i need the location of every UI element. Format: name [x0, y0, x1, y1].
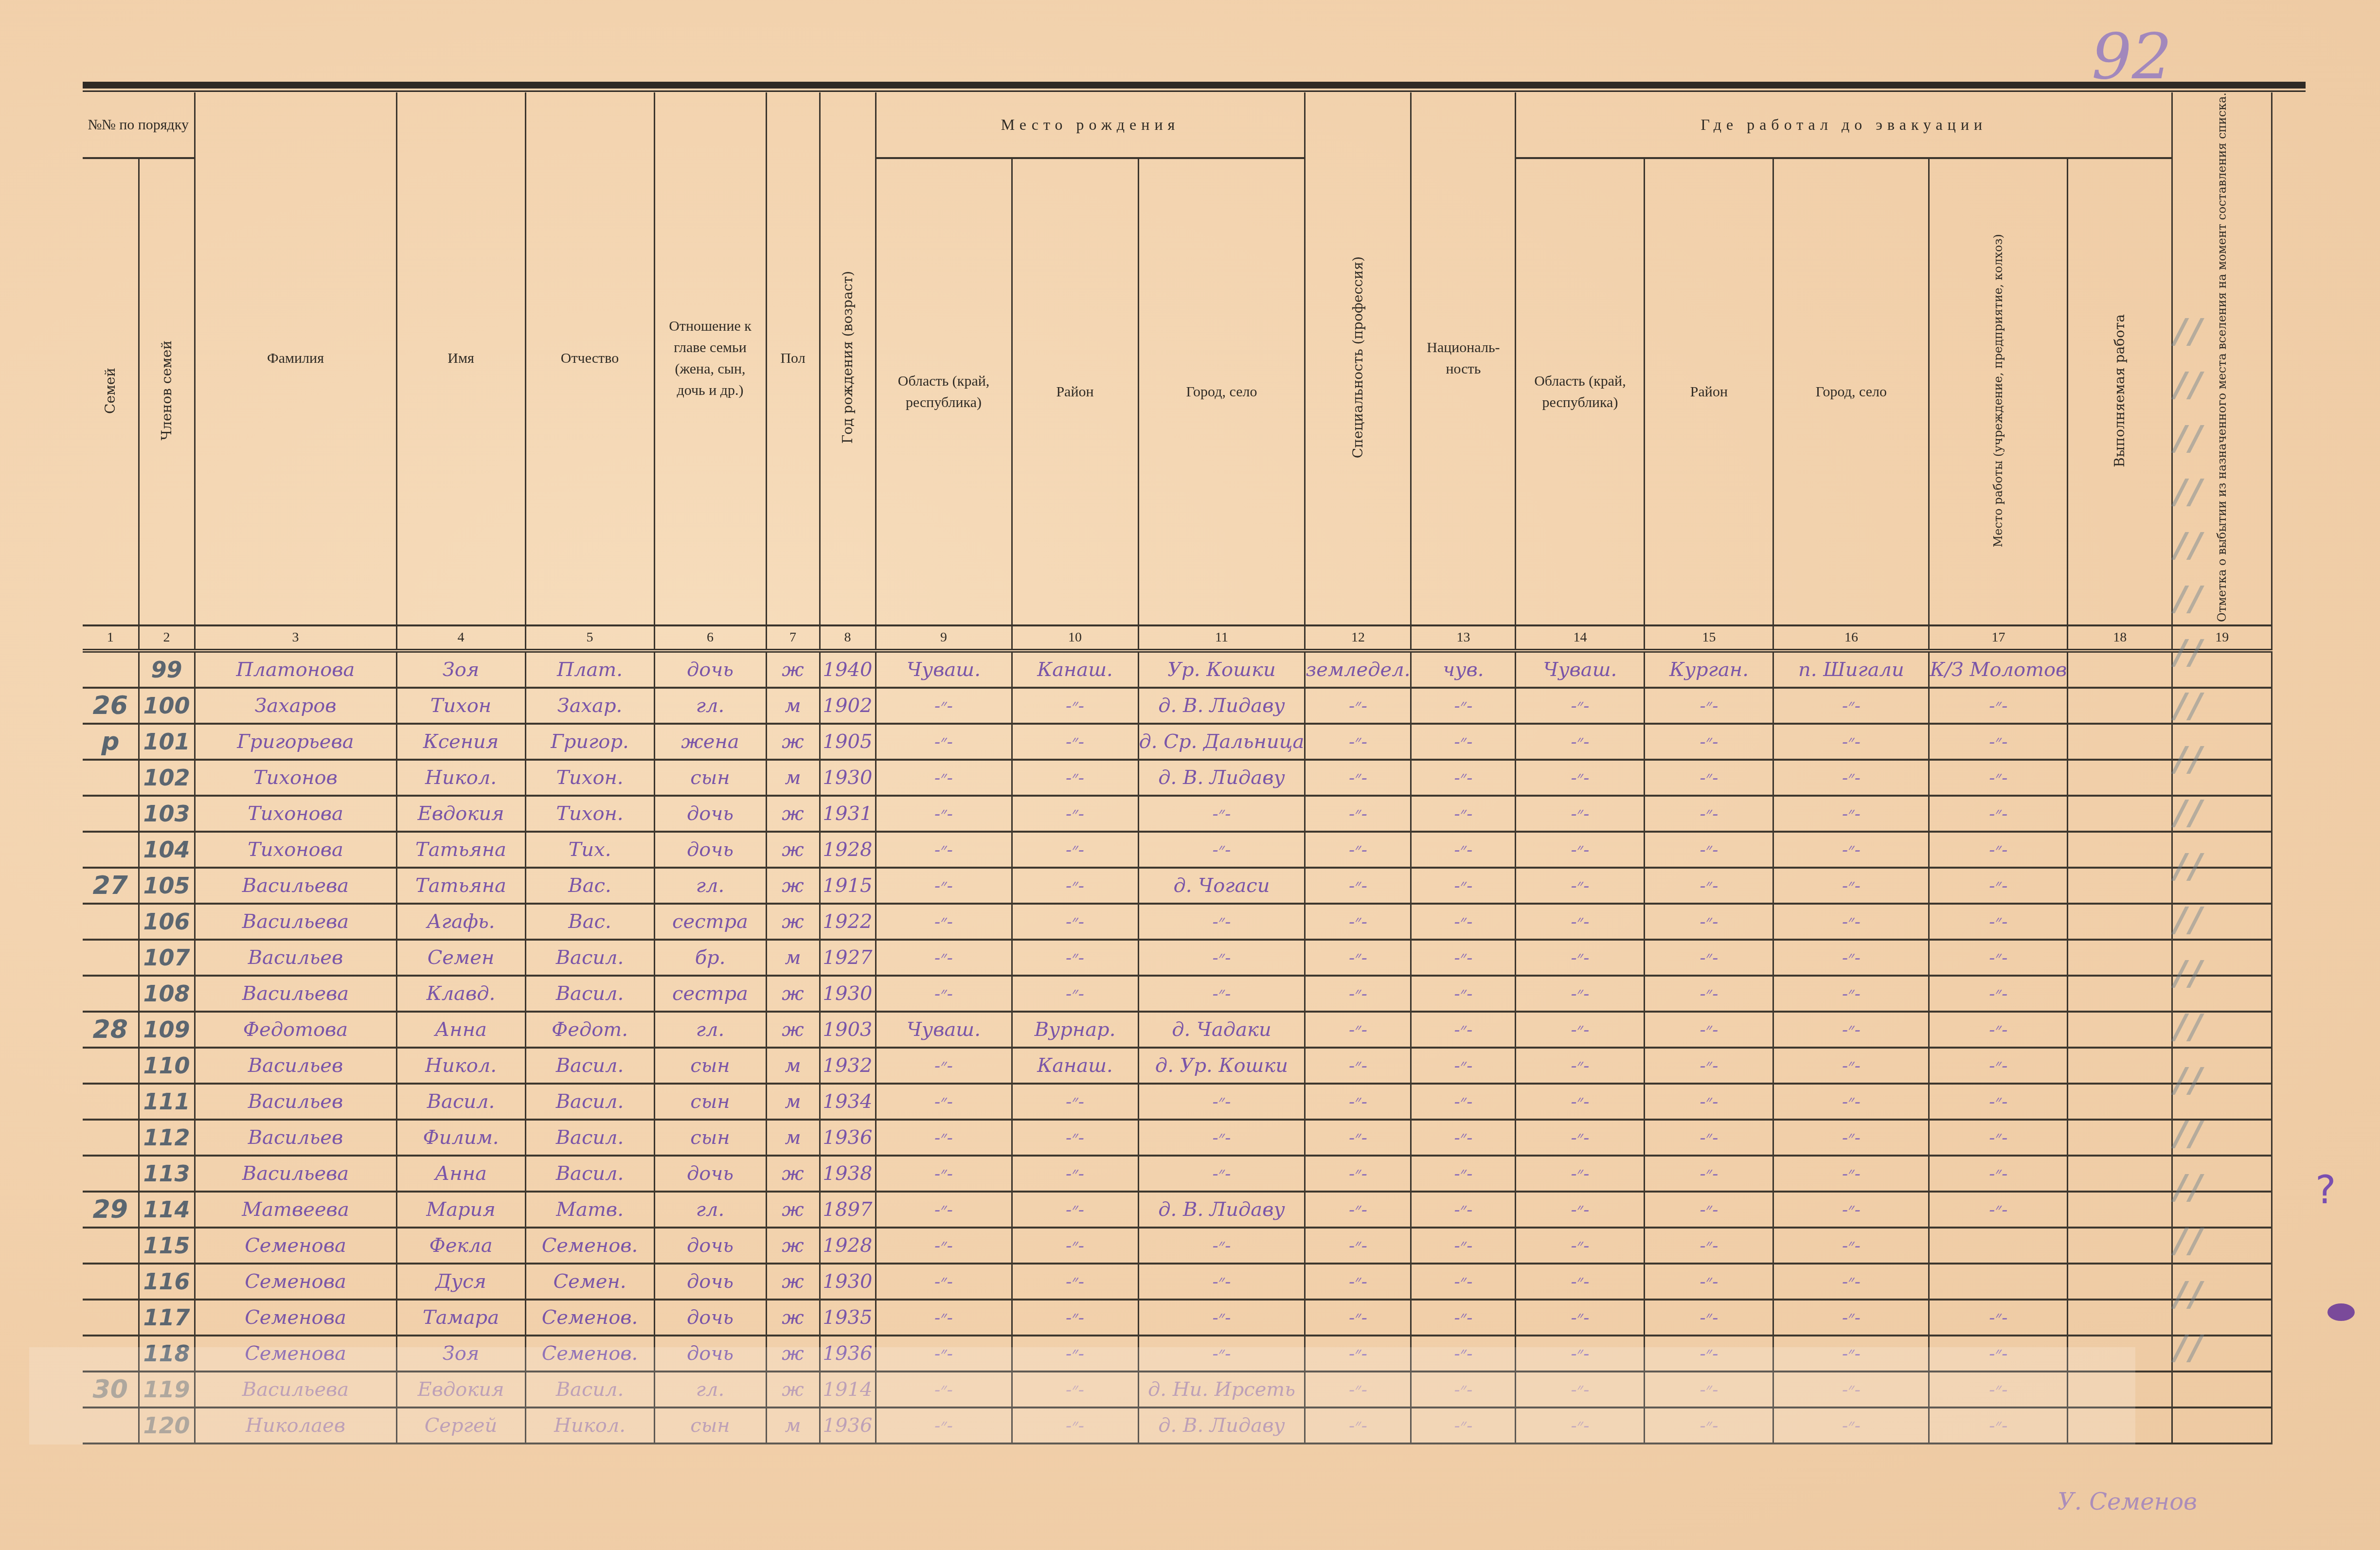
cell-nationality: -״-: [1411, 1192, 1516, 1228]
handwritten-sex: ж: [782, 1306, 804, 1329]
cell-birth-district: Вурнар.: [1012, 1012, 1138, 1048]
handwritten-profession: -״-: [1349, 732, 1367, 752]
handwritten-nationality: -״-: [1454, 696, 1472, 716]
col-num-4: 4: [396, 625, 525, 651]
handwritten-work-place: -״-: [1842, 984, 1861, 1004]
handwritten-patronymic: Тихон.: [556, 802, 623, 825]
cell-work-region: -״-: [1516, 1012, 1645, 1048]
handwritten-birth-year: 1922: [823, 910, 873, 933]
handwritten-nationality: -״-: [1454, 1128, 1472, 1148]
cell-work-district: -״-: [1645, 1228, 1773, 1264]
handwritten-birth-district: Канаш.: [1037, 659, 1113, 681]
cell-work-region: -״-: [1516, 760, 1645, 796]
handwritten-birth-place: д. Ур. Кошки: [1155, 1054, 1288, 1077]
handwritten-nationality: -״-: [1454, 1308, 1472, 1328]
col-num-16: 16: [1773, 625, 1929, 651]
handwritten-birth-district: -״-: [1066, 1272, 1084, 1292]
cell-job: [2068, 1120, 2172, 1156]
handwritten-member: 104: [143, 837, 190, 863]
handwritten-birth-region: -״-: [934, 804, 953, 824]
cell-job: [2068, 1084, 2172, 1120]
table-row: 29114МатвееваМарияМатв.гл.ж1897-״--״-д. …: [83, 1192, 2272, 1228]
cell-nationality: чув.: [1411, 651, 1516, 688]
cell-profession: -״-: [1305, 724, 1411, 760]
handwritten-patronymic: Васил.: [556, 946, 624, 969]
cell-birth-place: Ур. Кошки: [1138, 651, 1305, 688]
handwritten-birth-district: -״-: [1066, 1308, 1084, 1328]
handwritten-patronymic: Григор.: [551, 730, 628, 753]
cell-profession: -״-: [1305, 1084, 1411, 1120]
cell-surname: Васильев: [195, 1048, 396, 1084]
cell-job: [2068, 1264, 2172, 1300]
cell-family: [83, 1300, 139, 1336]
handwritten-work-district: Курган.: [1669, 659, 1749, 681]
table-row: 111ВасильевВасил.Васил.сынм1934-״--״--״-…: [83, 1084, 2272, 1120]
cell-sex: м: [766, 1048, 820, 1084]
cell-surname: Тихонов: [195, 760, 396, 796]
handwritten-work-region: -״-: [1571, 1020, 1589, 1040]
handwritten-surname: Васильева: [242, 910, 349, 933]
handwritten-birth-region: -״-: [934, 1200, 953, 1220]
cell-birth-district: -״-: [1012, 832, 1138, 868]
cell-birth-region: -״-: [876, 904, 1012, 940]
handwritten-birth-year: 1931: [823, 802, 873, 825]
col-num-18: 18: [2068, 625, 2172, 651]
handwritten-patronymic: Васил.: [556, 1054, 624, 1077]
handwritten-profession: -״-: [1349, 840, 1367, 860]
handwritten-work-place: -״-: [1842, 1272, 1861, 1292]
cell-sex: ж: [766, 1228, 820, 1264]
cell-birth-region: -״-: [876, 1228, 1012, 1264]
handwritten-profession: -״-: [1349, 768, 1367, 788]
cell-surname: Семенова: [195, 1300, 396, 1336]
cell-sex: ж: [766, 1156, 820, 1192]
cell-profession: -״-: [1305, 904, 1411, 940]
cell-birth-region: -״-: [876, 976, 1012, 1012]
handwritten-name: Ксения: [423, 730, 499, 753]
cell-birth-district: Канаш.: [1012, 1048, 1138, 1084]
handwritten-work-place: -״-: [1842, 696, 1861, 716]
handwritten-workplace: -״-: [1989, 912, 2007, 932]
handwritten-sex: ж: [782, 910, 804, 933]
pencil-tally-marks: //////////////// //////////////// //////…: [2174, 311, 2301, 1381]
handwritten-work-region: -״-: [1571, 696, 1589, 716]
cell-family: [83, 1120, 139, 1156]
table-row: 117СеменоваТамараСеменов.дочьж1935-״--״-…: [83, 1300, 2272, 1336]
handwritten-work-region: -״-: [1571, 1200, 1589, 1220]
cell-member: 107: [139, 940, 195, 976]
handwritten-relation: сестра: [672, 982, 748, 1005]
cell-name: Ксения: [396, 724, 525, 760]
handwritten-relation: дочь: [687, 1270, 734, 1293]
cell-relation: сын: [654, 760, 766, 796]
handwritten-sex: м: [785, 695, 801, 717]
header-birth-year: Год рождения (возраст): [820, 92, 876, 625]
handwritten-relation: сын: [690, 1126, 730, 1149]
cell-relation: дочь: [654, 1156, 766, 1192]
handwritten-work-place: -״-: [1842, 804, 1861, 824]
cell-work-district: -״-: [1645, 1012, 1773, 1048]
cell-patronymic: Васил.: [525, 940, 654, 976]
handwritten-profession: -״-: [1349, 1020, 1367, 1040]
handwritten-birth-region: -״-: [934, 1308, 953, 1328]
cell-name: Татьяна: [396, 868, 525, 904]
table-row: 103ТихоноваЕвдокияТихон.дочьж1931-״--״--…: [83, 796, 2272, 832]
handwritten-workplace: -״-: [1989, 948, 2007, 968]
handwritten-work-region: -״-: [1571, 804, 1589, 824]
handwritten-work-district: -״-: [1700, 1164, 1718, 1184]
cell-birth-region: -״-: [876, 796, 1012, 832]
handwritten-name: Дуся: [435, 1270, 486, 1293]
handwritten-surname: Семенова: [245, 1306, 346, 1329]
cell-birth-place: -״-: [1138, 1084, 1305, 1120]
cell-work-region: -״-: [1516, 1300, 1645, 1336]
handwritten-name: Клавд.: [427, 982, 496, 1005]
cell-surname: Васильева: [195, 904, 396, 940]
cell-surname: Васильева: [195, 976, 396, 1012]
handwritten-birth-place: -״-: [1212, 1236, 1231, 1256]
handwritten-work-district: -״-: [1700, 1236, 1718, 1256]
handwritten-relation: дочь: [687, 802, 734, 825]
cell-work-district: -״-: [1645, 1048, 1773, 1084]
cell-nationality: -״-: [1411, 1012, 1516, 1048]
header-surname: Фамилия: [195, 92, 396, 625]
header-relation: Отношение к главе семьи (жена, сын, дочь…: [654, 92, 766, 625]
header-nationality: Националь-ность: [1411, 92, 1516, 625]
cell-birth-district: -״-: [1012, 760, 1138, 796]
handwritten-profession: -״-: [1349, 1308, 1367, 1328]
handwritten-member: 117: [143, 1304, 190, 1331]
cell-birth-region: Чуваш.: [876, 1012, 1012, 1048]
table-row: 102ТихоновНикол.Тихон.сынм1930-״--״-д. В…: [83, 760, 2272, 796]
cell-birth-region: -״-: [876, 724, 1012, 760]
handwritten-work-place: -״-: [1842, 912, 1861, 932]
cell-work-place: -״-: [1773, 940, 1929, 976]
cell-relation: дочь: [654, 832, 766, 868]
handwritten-family: р: [101, 727, 119, 756]
handwritten-sex: ж: [782, 838, 804, 861]
handwritten-work-region: -״-: [1571, 912, 1589, 932]
cell-work-region: -״-: [1516, 868, 1645, 904]
header-ordinal: №№ по порядку: [83, 92, 195, 158]
cell-birth-place: -״-: [1138, 1156, 1305, 1192]
col-num-17: 17: [1929, 625, 2068, 651]
cell-profession: -״-: [1305, 1048, 1411, 1084]
handwritten-birth-region: -״-: [934, 732, 953, 752]
cell-family: 28: [83, 1012, 139, 1048]
handwritten-member: 109: [143, 1016, 190, 1043]
evacuee-register-table: №№ по порядку Фамилия Имя Отчество Отнош…: [83, 92, 2273, 1444]
cell-family: [83, 1228, 139, 1264]
cell-sex: ж: [766, 1264, 820, 1300]
handwritten-birth-place: д. Ср. Дальница: [1139, 730, 1305, 753]
handwritten-work-district: -״-: [1700, 768, 1718, 788]
handwritten-workplace: К/З Молотов: [1930, 659, 2067, 681]
handwritten-work-district: -״-: [1700, 1308, 1718, 1328]
cell-patronymic: Плат.: [525, 651, 654, 688]
handwritten-member: 99: [151, 657, 182, 683]
cell-workplace: -״-: [1929, 1048, 2068, 1084]
handwritten-member: 111: [143, 1088, 190, 1115]
cell-job: [2068, 1156, 2172, 1192]
cell-relation: жена: [654, 724, 766, 760]
handwritten-member: 101: [143, 729, 190, 755]
handwritten-work-region: -״-: [1571, 1308, 1589, 1328]
cell-work-place: -״-: [1773, 832, 1929, 868]
cell-name: Никол.: [396, 760, 525, 796]
cell-work-place: -״-: [1773, 1228, 1929, 1264]
cell-work-place: -״-: [1773, 1084, 1929, 1120]
header-families: Семей: [83, 158, 139, 625]
cell-work-region: -״-: [1516, 688, 1645, 724]
col-num-13: 13: [1411, 625, 1516, 651]
cell-birth-place: д. В. Лидаву: [1138, 1192, 1305, 1228]
cell-member: 101: [139, 724, 195, 760]
handwritten-birth-year: 1940: [823, 659, 873, 681]
handwritten-member: 116: [143, 1268, 190, 1295]
cell-relation: сын: [654, 1084, 766, 1120]
cell-sex: м: [766, 1084, 820, 1120]
handwritten-birth-district: -״-: [1066, 804, 1084, 824]
cell-member: 103: [139, 796, 195, 832]
cell-work-place: -״-: [1773, 1192, 1929, 1228]
handwritten-work-region: -״-: [1571, 1164, 1589, 1184]
handwritten-birth-place: д. В. Лидаву: [1158, 695, 1285, 717]
cell-work-region: -״-: [1516, 1228, 1645, 1264]
handwritten-profession: -״-: [1349, 1236, 1367, 1256]
cell-member: 104: [139, 832, 195, 868]
header-birth-region: Область (край, республика): [876, 158, 1012, 625]
cell-birth-district: -״-: [1012, 976, 1138, 1012]
cell-member: 111: [139, 1084, 195, 1120]
cell-nationality: -״-: [1411, 1084, 1516, 1120]
col-num-15: 15: [1645, 625, 1773, 651]
cell-family: [83, 904, 139, 940]
handwritten-work-region: -״-: [1571, 984, 1589, 1004]
col-num-12: 12: [1305, 625, 1411, 651]
cell-family: [83, 760, 139, 796]
handwritten-work-district: -״-: [1700, 1200, 1718, 1220]
cell-member: 110: [139, 1048, 195, 1084]
cell-surname: Семенова: [195, 1264, 396, 1300]
handwritten-relation: гл.: [696, 874, 724, 897]
handwritten-birth-place: Ур. Кошки: [1167, 659, 1276, 681]
cell-surname: Захаров: [195, 688, 396, 724]
cell-work-place: -״-: [1773, 976, 1929, 1012]
cell-relation: сын: [654, 1120, 766, 1156]
handwritten-workplace: -״-: [1989, 984, 2007, 1004]
cell-work-place: -״-: [1773, 868, 1929, 904]
cell-name: Клавд.: [396, 976, 525, 1012]
handwritten-name: Евдокия: [417, 802, 504, 825]
cell-surname: Васильев: [195, 1120, 396, 1156]
handwritten-member: 102: [143, 765, 190, 791]
cell-sex: ж: [766, 832, 820, 868]
cell-workplace: -״-: [1929, 796, 2068, 832]
cell-sex: ж: [766, 1300, 820, 1336]
cell-birth-region: -״-: [876, 1156, 1012, 1192]
cell-birth-year: 1903: [820, 1012, 876, 1048]
cell-birth-year: 1932: [820, 1048, 876, 1084]
handwritten-surname: Васильева: [242, 874, 349, 897]
handwritten-work-place: -״-: [1842, 1056, 1861, 1076]
cell-workplace: -״-: [1929, 1192, 2068, 1228]
cell-family: [83, 832, 139, 868]
cell-sex: м: [766, 688, 820, 724]
handwritten-work-district: -״-: [1700, 1272, 1718, 1292]
cell-name: Анна: [396, 1156, 525, 1192]
cell-work-district: -״-: [1645, 1264, 1773, 1300]
cell-work-district: -״-: [1645, 868, 1773, 904]
cell-relation: сын: [654, 1048, 766, 1084]
handwritten-birth-place: -״-: [1212, 1092, 1231, 1112]
handwritten-work-region: -״-: [1571, 1056, 1589, 1076]
handwritten-relation: гл.: [696, 1018, 724, 1041]
cell-work-district: -״-: [1645, 832, 1773, 868]
handwritten-surname: Васильев: [248, 1054, 343, 1077]
cell-birth-year: 1935: [820, 1300, 876, 1336]
handwritten-birth-place: -״-: [1212, 1164, 1231, 1184]
handwritten-work-place: -״-: [1842, 1236, 1861, 1256]
table-row: 26100ЗахаровТихонЗахар.гл.м1902-״--״-д. …: [83, 688, 2272, 724]
cell-work-place: -״-: [1773, 796, 1929, 832]
handwritten-birth-region: -״-: [934, 696, 953, 716]
cell-birth-region: -״-: [876, 688, 1012, 724]
cell-birth-district: -״-: [1012, 796, 1138, 832]
handwritten-work-district: -״-: [1700, 840, 1718, 860]
col-num-14: 14: [1516, 625, 1645, 651]
cell-birth-place: -״-: [1138, 940, 1305, 976]
handwritten-family: 29: [93, 1195, 128, 1224]
handwritten-relation: дочь: [687, 1306, 734, 1329]
cell-work-place: -״-: [1773, 688, 1929, 724]
cell-birth-region: Чуваш.: [876, 651, 1012, 688]
header-birth-place: Город, село: [1138, 158, 1305, 625]
cell-birth-year: 1930: [820, 976, 876, 1012]
handwritten-workplace: -״-: [1989, 1200, 2007, 1220]
handwritten-birth-year: 1930: [823, 1270, 873, 1293]
cell-job: [2068, 1300, 2172, 1336]
handwritten-workplace: -״-: [1989, 696, 2007, 716]
cell-nationality: -״-: [1411, 688, 1516, 724]
handwritten-birth-region: -״-: [934, 1128, 953, 1148]
cell-workplace: -״-: [1929, 1084, 2068, 1120]
cell-family: р: [83, 724, 139, 760]
handwritten-surname: Васильева: [242, 982, 349, 1005]
handwritten-nationality: -״-: [1454, 1164, 1472, 1184]
handwritten-work-place: п. Шигали: [1798, 659, 1904, 681]
handwritten-patronymic: Захар.: [557, 695, 623, 717]
handwritten-member: 113: [143, 1160, 190, 1187]
cell-workplace: -״-: [1929, 1300, 2068, 1336]
cell-work-place: п. Шигали: [1773, 651, 1929, 688]
handwritten-relation: гл.: [696, 695, 724, 717]
col-num-8: 8: [820, 625, 876, 651]
handwritten-birth-year: 1902: [823, 695, 873, 717]
cell-birth-district: -״-: [1012, 1264, 1138, 1300]
handwritten-birth-district: Канаш.: [1037, 1054, 1113, 1077]
cell-work-district: -״-: [1645, 1156, 1773, 1192]
cell-patronymic: Григор.: [525, 724, 654, 760]
handwritten-birth-region: -״-: [934, 876, 953, 896]
handwritten-profession: -״-: [1349, 876, 1367, 896]
cell-birth-district: -״-: [1012, 688, 1138, 724]
handwritten-sex: м: [785, 1126, 801, 1149]
handwritten-patronymic: Васил.: [556, 1090, 624, 1113]
cell-patronymic: Семен.: [525, 1264, 654, 1300]
handwritten-birth-district: -״-: [1066, 912, 1084, 932]
cell-job: [2068, 651, 2172, 688]
handwritten-name: Агафь.: [427, 910, 495, 933]
cell-workplace: [1929, 1264, 2068, 1300]
cell-nationality: -״-: [1411, 724, 1516, 760]
cell-member: 114: [139, 1192, 195, 1228]
handwritten-birth-year: 1930: [823, 982, 873, 1005]
cell-note: [2172, 1407, 2272, 1443]
cell-surname: Семенова: [195, 1228, 396, 1264]
handwritten-sex: ж: [782, 802, 804, 825]
cell-birth-year: 1930: [820, 760, 876, 796]
cell-birth-place: д. Ср. Дальница: [1138, 724, 1305, 760]
cell-job: [2068, 940, 2172, 976]
cell-workplace: -״-: [1929, 724, 2068, 760]
handwritten-birth-place: -״-: [1212, 984, 1231, 1004]
cell-profession: -״-: [1305, 1120, 1411, 1156]
table-row: 99ПлатоноваЗояПлат.дочьж1940Чуваш.Канаш.…: [83, 651, 2272, 688]
table-row: р101ГригорьеваКсенияГригор.женаж1905-״--…: [83, 724, 2272, 760]
handwritten-birth-district: -״-: [1066, 732, 1084, 752]
header-patronymic: Отчество: [525, 92, 654, 625]
cell-work-place: -״-: [1773, 1264, 1929, 1300]
cell-relation: гл.: [654, 1012, 766, 1048]
table-row: 28109ФедотоваАннаФедот.гл.ж1903Чуваш.Вур…: [83, 1012, 2272, 1048]
cell-family: [83, 976, 139, 1012]
cell-name: Тихон: [396, 688, 525, 724]
handwritten-workplace: -״-: [1989, 876, 2007, 896]
top-rule-thin: [83, 90, 2306, 92]
cell-birth-year: 1934: [820, 1084, 876, 1120]
handwritten-work-region: -״-: [1571, 840, 1589, 860]
cell-job: [2068, 1228, 2172, 1264]
cell-surname: Платонова: [195, 651, 396, 688]
cell-job: [2068, 832, 2172, 868]
handwritten-birth-district: -״-: [1066, 984, 1084, 1004]
cell-surname: Васильев: [195, 940, 396, 976]
handwritten-nationality: -״-: [1454, 768, 1472, 788]
cell-profession: -״-: [1305, 1192, 1411, 1228]
cell-birth-year: 1902: [820, 688, 876, 724]
cell-patronymic: Васил.: [525, 1048, 654, 1084]
cell-work-district: -״-: [1645, 1084, 1773, 1120]
header-members: Членов семей: [139, 158, 195, 625]
handwritten-nationality: -״-: [1454, 948, 1472, 968]
col-num-5: 5: [525, 625, 654, 651]
cell-birth-region: -״-: [876, 760, 1012, 796]
table-row: 107ВасильевСеменВасил.бр.м1927-״--״--״--…: [83, 940, 2272, 976]
cell-birth-district: -״-: [1012, 1192, 1138, 1228]
handwritten-workplace: -״-: [1989, 732, 2007, 752]
cell-work-region: -״-: [1516, 1192, 1645, 1228]
cell-workplace: К/З Молотов: [1929, 651, 2068, 688]
handwritten-birth-district: -״-: [1066, 840, 1084, 860]
handwritten-name: Зоя: [443, 659, 480, 681]
table-row: 106ВасильеваАгафь.Вас.сестраж1922-״--״--…: [83, 904, 2272, 940]
handwritten-birth-district: -״-: [1066, 1092, 1084, 1112]
handwritten-work-district: -״-: [1700, 948, 1718, 968]
cell-profession: -״-: [1305, 760, 1411, 796]
cell-nationality: -״-: [1411, 904, 1516, 940]
handwritten-member: 108: [143, 980, 190, 1007]
